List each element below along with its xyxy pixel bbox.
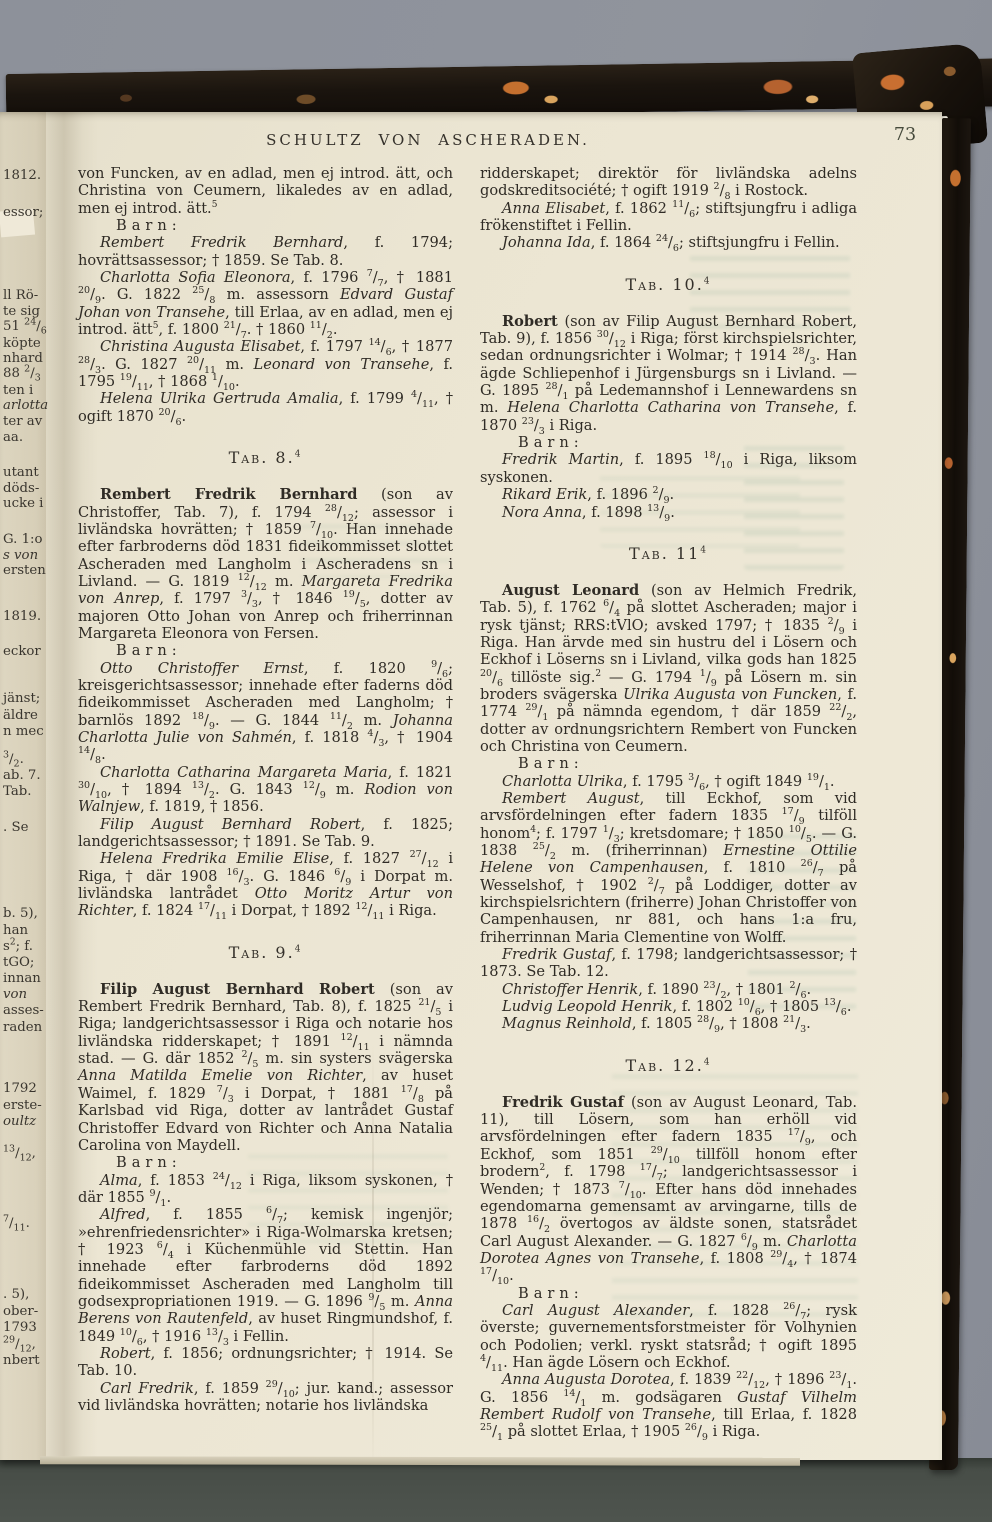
genealogy-paragraph: Alma, f. 1853 24/12 i Riga, liksom sysko…: [78, 1172, 453, 1207]
genealogy-paragraph: Anna Augusta Dorotea, f. 1839 22/12, † 1…: [480, 1371, 857, 1440]
margin-fragment: oultz: [0, 1114, 54, 1129]
margin-fragment: von: [0, 987, 54, 1002]
children-label: Barn:: [78, 217, 453, 234]
margin-fragment: . 5),: [0, 1287, 54, 1302]
children-label: Barn:: [480, 434, 857, 451]
page-number: 73: [880, 125, 930, 145]
margin-fragment: köpte: [0, 336, 54, 351]
facing-page-margin-fragments: 1812.essor;ll Rö-te sig51 24/6köptenhard…: [0, 112, 54, 1460]
genealogy-paragraph: Rikard Erik, f. 1896 2/9.: [480, 486, 857, 503]
margin-fragment: eckor: [0, 644, 54, 659]
genealogy-paragraph: Anna Elisabet, f. 1862 11/6; stiftsjungf…: [480, 200, 857, 235]
margin-fragment: arlotta: [0, 398, 54, 413]
genealogy-paragraph: Robert (son av Filip August Bernhard Rob…: [480, 313, 857, 434]
tab-heading: Tab. 9.4: [78, 943, 453, 962]
margin-fragment: han: [0, 923, 54, 938]
margin-fragment: 3/2.: [0, 752, 54, 767]
margin-fragment: . Se: [0, 820, 54, 835]
margin-fragment: ab. 7.: [0, 768, 54, 783]
margin-fragment: aa.: [0, 430, 54, 445]
genealogy-paragraph: Rembert Fredrik Bernhard (son av Christo…: [78, 486, 453, 642]
genealogy-paragraph: Charlotta Catharina Margareta Maria, f. …: [78, 764, 453, 816]
tab-heading: Tab. 10.4: [480, 275, 857, 294]
genealogy-paragraph: Fredrik Gustaf, f. 1798; landgerichtsass…: [480, 946, 857, 981]
margin-fragment: raden: [0, 1020, 54, 1035]
genealogy-paragraph: Robert, f. 1856; ordnungsrichter; † 1914…: [78, 1345, 453, 1380]
margin-fragment: nbert: [0, 1353, 54, 1368]
genealogy-paragraph: Otto Christoffer Ernst, f. 1820 9/6; kre…: [78, 660, 453, 764]
margin-fragment: tGO;: [0, 955, 54, 970]
margin-fragment: 1793: [0, 1320, 54, 1335]
margin-fragment: 29/12,: [0, 1337, 54, 1352]
margin-fragment: 1812.: [0, 168, 54, 183]
children-label: Barn:: [78, 1154, 453, 1171]
table-surface: [0, 1458, 992, 1522]
margin-fragment: 88 2/3: [0, 366, 54, 381]
running-header-title: SCHULTZ VON ASCHERADEN.: [78, 131, 778, 149]
genealogy-paragraph: ridderskapet; direktör för livländska ad…: [480, 165, 857, 200]
genealogy-paragraph: Johanna Ida, f. 1864 24/6; stiftsjungfru…: [480, 234, 857, 251]
text-column-left: von Funcken, av en adlad, men ej introd.…: [78, 165, 453, 1414]
children-label: Barn:: [480, 1285, 857, 1302]
text-column-right: ridderskapet; direktör för livländska ad…: [480, 165, 857, 1441]
genealogy-paragraph: Carl Fredrik, f. 1859 29/10; jur. kand.;…: [78, 1380, 453, 1415]
margin-fragment: Tab.: [0, 784, 54, 799]
scanned-book-photo: { "book": { "header": { "title": "SCHULT…: [0, 0, 992, 1522]
genealogy-paragraph: Filip August Bernhard Robert, f. 1825; l…: [78, 816, 453, 851]
tab-heading: Tab. 8.4: [78, 448, 453, 467]
tab-heading: Tab. 114: [480, 544, 857, 563]
margin-fragment: G. 1:o: [0, 532, 54, 547]
margin-fragment: asses-: [0, 1003, 54, 1018]
margin-fragment: ll Rö-: [0, 288, 54, 303]
margin-fragment: b. 5),: [0, 906, 54, 921]
margin-fragment: ter av: [0, 414, 54, 429]
margin-fragment: s von: [0, 548, 54, 563]
genealogy-paragraph: Fredrik Gustaf (son av August Leonard, T…: [480, 1094, 857, 1285]
genealogy-paragraph: Helena Ulrika Gertruda Amalia, f. 1799 4…: [78, 390, 453, 425]
margin-fragment: ober-: [0, 1304, 54, 1319]
tab-heading: Tab. 12.4: [480, 1056, 857, 1075]
margin-fragment: s2; f.: [0, 939, 54, 954]
genealogy-paragraph: Christina Augusta Elisabet, f. 1797 14/6…: [78, 338, 453, 390]
margin-fragment: ucke i: [0, 496, 54, 511]
genealogy-paragraph: Helena Fredrika Emilie Elise, f. 1827 27…: [78, 850, 453, 919]
margin-fragment: 7/11.: [0, 1216, 54, 1231]
genealogy-paragraph: Charlotta Ulrika, f. 1795 3/6, † ogift 1…: [480, 773, 857, 790]
genealogy-paragraph: August Leonard (son av Helmich Fredrik, …: [480, 582, 857, 755]
genealogy-paragraph: Magnus Reinhold, f. 1805 28/9, † 1808 21…: [480, 1015, 857, 1032]
genealogy-paragraph: von Funcken, av en adlad, men ej introd.…: [78, 165, 453, 217]
margin-fragment: 1792: [0, 1081, 54, 1096]
genealogy-paragraph: Christoffer Henrik, f. 1890 23/2, † 1801…: [480, 981, 857, 998]
margin-fragment: 1819.: [0, 609, 54, 624]
children-label: Barn:: [78, 642, 453, 659]
genealogy-paragraph: Charlotta Sofia Eleonora, f. 1796 7/7, †…: [78, 269, 453, 338]
genealogy-paragraph: Ludvig Leopold Henrik, f. 1802 10/6, † 1…: [480, 998, 857, 1015]
book-page: SCHULTZ VON ASCHERADEN. 73 1812.essor;ll…: [0, 112, 942, 1460]
genealogy-paragraph: Fredrik Martin, f. 1895 18/10 i Riga, li…: [480, 451, 857, 486]
margin-fragment: döds-: [0, 481, 54, 496]
margin-fragment: 13/12,: [0, 1146, 54, 1161]
margin-fragment: jänst;: [0, 691, 54, 706]
margin-fragment: 51 24/6: [0, 319, 54, 334]
genealogy-paragraph: Filip August Bernhard Robert (son av Rem…: [78, 981, 453, 1154]
genealogy-paragraph: Nora Anna, f. 1898 13/9.: [480, 504, 857, 521]
margin-fragment: erste-: [0, 1098, 54, 1113]
margin-fragment: äldre: [0, 708, 54, 723]
margin-fragment: innan: [0, 971, 54, 986]
genealogy-paragraph: Rembert August, till Eckhof, som vid arv…: [480, 790, 857, 946]
margin-fragment: utant: [0, 465, 54, 480]
children-label: Barn:: [480, 755, 857, 772]
margin-fragment: essor;: [0, 205, 54, 220]
genealogy-paragraph: Rembert Fredrik Bernhard, f. 1794; hovrä…: [78, 234, 453, 269]
genealogy-paragraph: Carl August Alexander, f. 1828 26/7; rys…: [480, 1302, 857, 1371]
margin-fragment: ersten: [0, 563, 54, 578]
margin-fragment: n mec: [0, 724, 54, 739]
genealogy-paragraph: Alfred, f. 1855 6/7; kemisk ingenjör; »e…: [78, 1206, 453, 1345]
margin-fragment: ten i: [0, 383, 54, 398]
page-bottom-edge: [40, 1456, 800, 1466]
